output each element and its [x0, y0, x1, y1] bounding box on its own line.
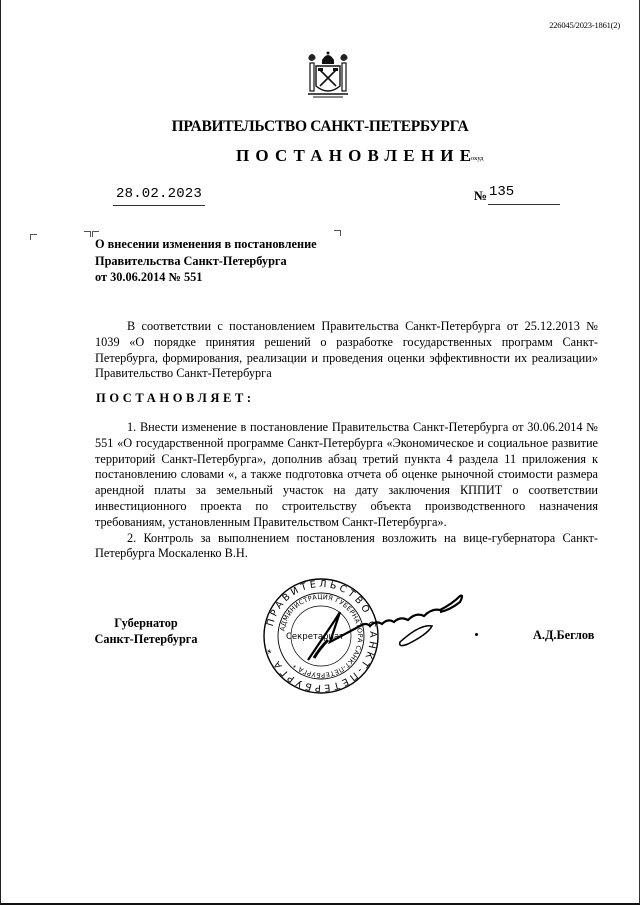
clauses: 1. Внести изменение в постановление Прав…	[95, 420, 598, 562]
registration-number: 226045/2023-1861(2)	[549, 20, 620, 30]
subject-corner-mark	[334, 230, 341, 236]
subject-line: от 30.06.2014 № 551	[95, 269, 317, 286]
okud-label: окуд	[471, 155, 483, 162]
margin-corner-mark	[84, 231, 91, 237]
preamble-text: В соответствии с постановлением Правител…	[95, 319, 598, 382]
document-type-title: ПОСТАНОВЛЕНИЕ	[236, 146, 477, 166]
subject-line: О внесении изменения в постановление	[95, 236, 317, 253]
saint-petersburg-coat-of-arms-icon	[305, 50, 351, 102]
handwritten-signature	[300, 590, 470, 670]
resolves-heading: ПОСТАНОВЛЯЕТ:	[96, 391, 255, 406]
date-underline	[113, 205, 205, 206]
position-line: Губернатор	[86, 615, 206, 631]
signatory-position: Губернатор Санкт-Петербурга	[86, 615, 206, 647]
number-sign: №	[474, 188, 487, 204]
clause-2: 2. Контроль за выполнением постановления…	[95, 531, 598, 563]
document-number: 135	[489, 184, 514, 200]
clause-1: 1. Внести изменение в постановление Прав…	[95, 420, 598, 531]
signature-dot	[475, 633, 478, 636]
subject-line: Правительства Санкт-Петербурга	[95, 253, 317, 270]
preamble: В соответствии с постановлением Правител…	[95, 319, 598, 382]
signatory-name: А.Д.Беглов	[533, 628, 594, 643]
margin-corner-mark	[30, 234, 37, 240]
number-underline	[488, 204, 560, 205]
government-title: ПРАВИТЕЛЬСТВО САНКТ-ПЕТЕРБУРГА	[0, 118, 640, 136]
document-subject: О внесении изменения в постановление Пра…	[95, 236, 317, 286]
position-line: Санкт-Петербурга	[86, 631, 206, 647]
document-date: 28.02.2023	[116, 186, 202, 202]
